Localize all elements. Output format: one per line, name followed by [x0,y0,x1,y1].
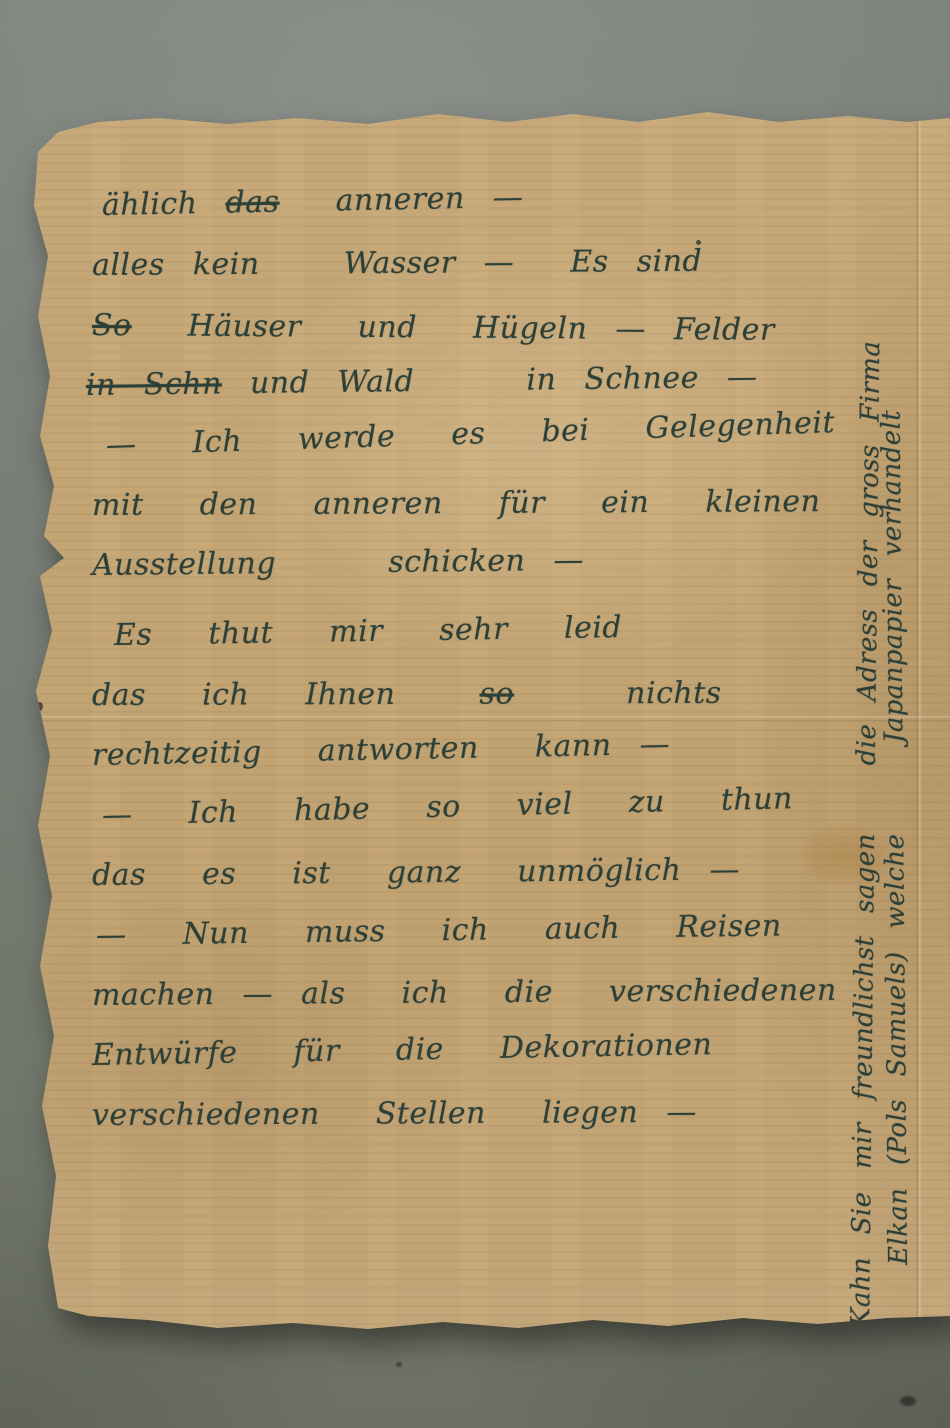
handwritten-segment: — Ich werde es bei Gelegenheit [105,405,835,463]
letter-page-wrapper: ählich das anneren —alles kein Wasser — … [0,0,950,1428]
handwritten-segment: Entwürfe für die Dekorationen [92,1027,713,1073]
handwritten-segment: Häuser und Hügeln — Felder [132,308,775,347]
handwritten-segment: Es thut mir sehr leid [114,610,623,653]
handwritten-segment: Ausstellung schicken — [92,543,584,583]
handwritten-segment: — Nun muss ich auch Reisen [96,908,782,953]
handwritten-segment: machen — als ich die verschiedenen [92,973,837,1013]
handwritten-line: ählich das anneren — [101,161,904,236]
handwritten-line: Ausstellung schicken — [92,527,905,595]
handwritten-segment: rechtzeitig antworten kann — [92,727,671,773]
scan-background: ählich das anneren —alles kein Wasser — … [0,0,950,1428]
letter-page: ählich das anneren —alles kein Wasser — … [28,106,950,1334]
handwritten-segment: nichts [514,676,722,712]
struck-text: So [92,308,132,343]
handwritten-segment: — Ich habe so viel zu thun [102,781,794,833]
struck-text: das [225,185,280,221]
handwritten-line: — Nun muss ich auch Reisen [96,895,905,966]
margin-note: Kahn Sie mir freundlichst sagen die Adre… [842,157,918,1327]
handwritten-segment: mit den anneren für ein kleinen [92,484,821,523]
handwritten-line: verschiedenen Stellen liegen — [92,1082,904,1146]
handwritten-line: Es thut mir sehr leid [114,594,905,666]
handwritten-segment: alles kein Wasser — Es sind [92,244,702,283]
handwritten-segment: das es ist ganz unmöglich — [92,852,740,893]
handwritten-segment: das ich Ihnen [92,677,480,713]
handwritten-segment: und Wald in Schnee — [222,360,758,402]
letter-text-block: ählich das anneren —alles kein Wasser — … [92,176,904,1146]
handwritten-line: mit den anneren für ein kleinen [92,472,904,536]
struck-text: in Schn [86,366,222,403]
handwritten-line: Entwürfe für die Dekorationen [91,1012,904,1086]
paper-speck [38,724,43,729]
handwritten-segment: ählich [102,186,226,223]
handwritten-segment: verschiedenen Stellen liegen — [92,1095,697,1133]
handwritten-segment: anneren — [279,180,523,220]
struck-text: so [479,677,514,712]
handwritten-line: alles kein Wasser — Es sind [92,230,904,296]
paper-speck [36,702,43,711]
